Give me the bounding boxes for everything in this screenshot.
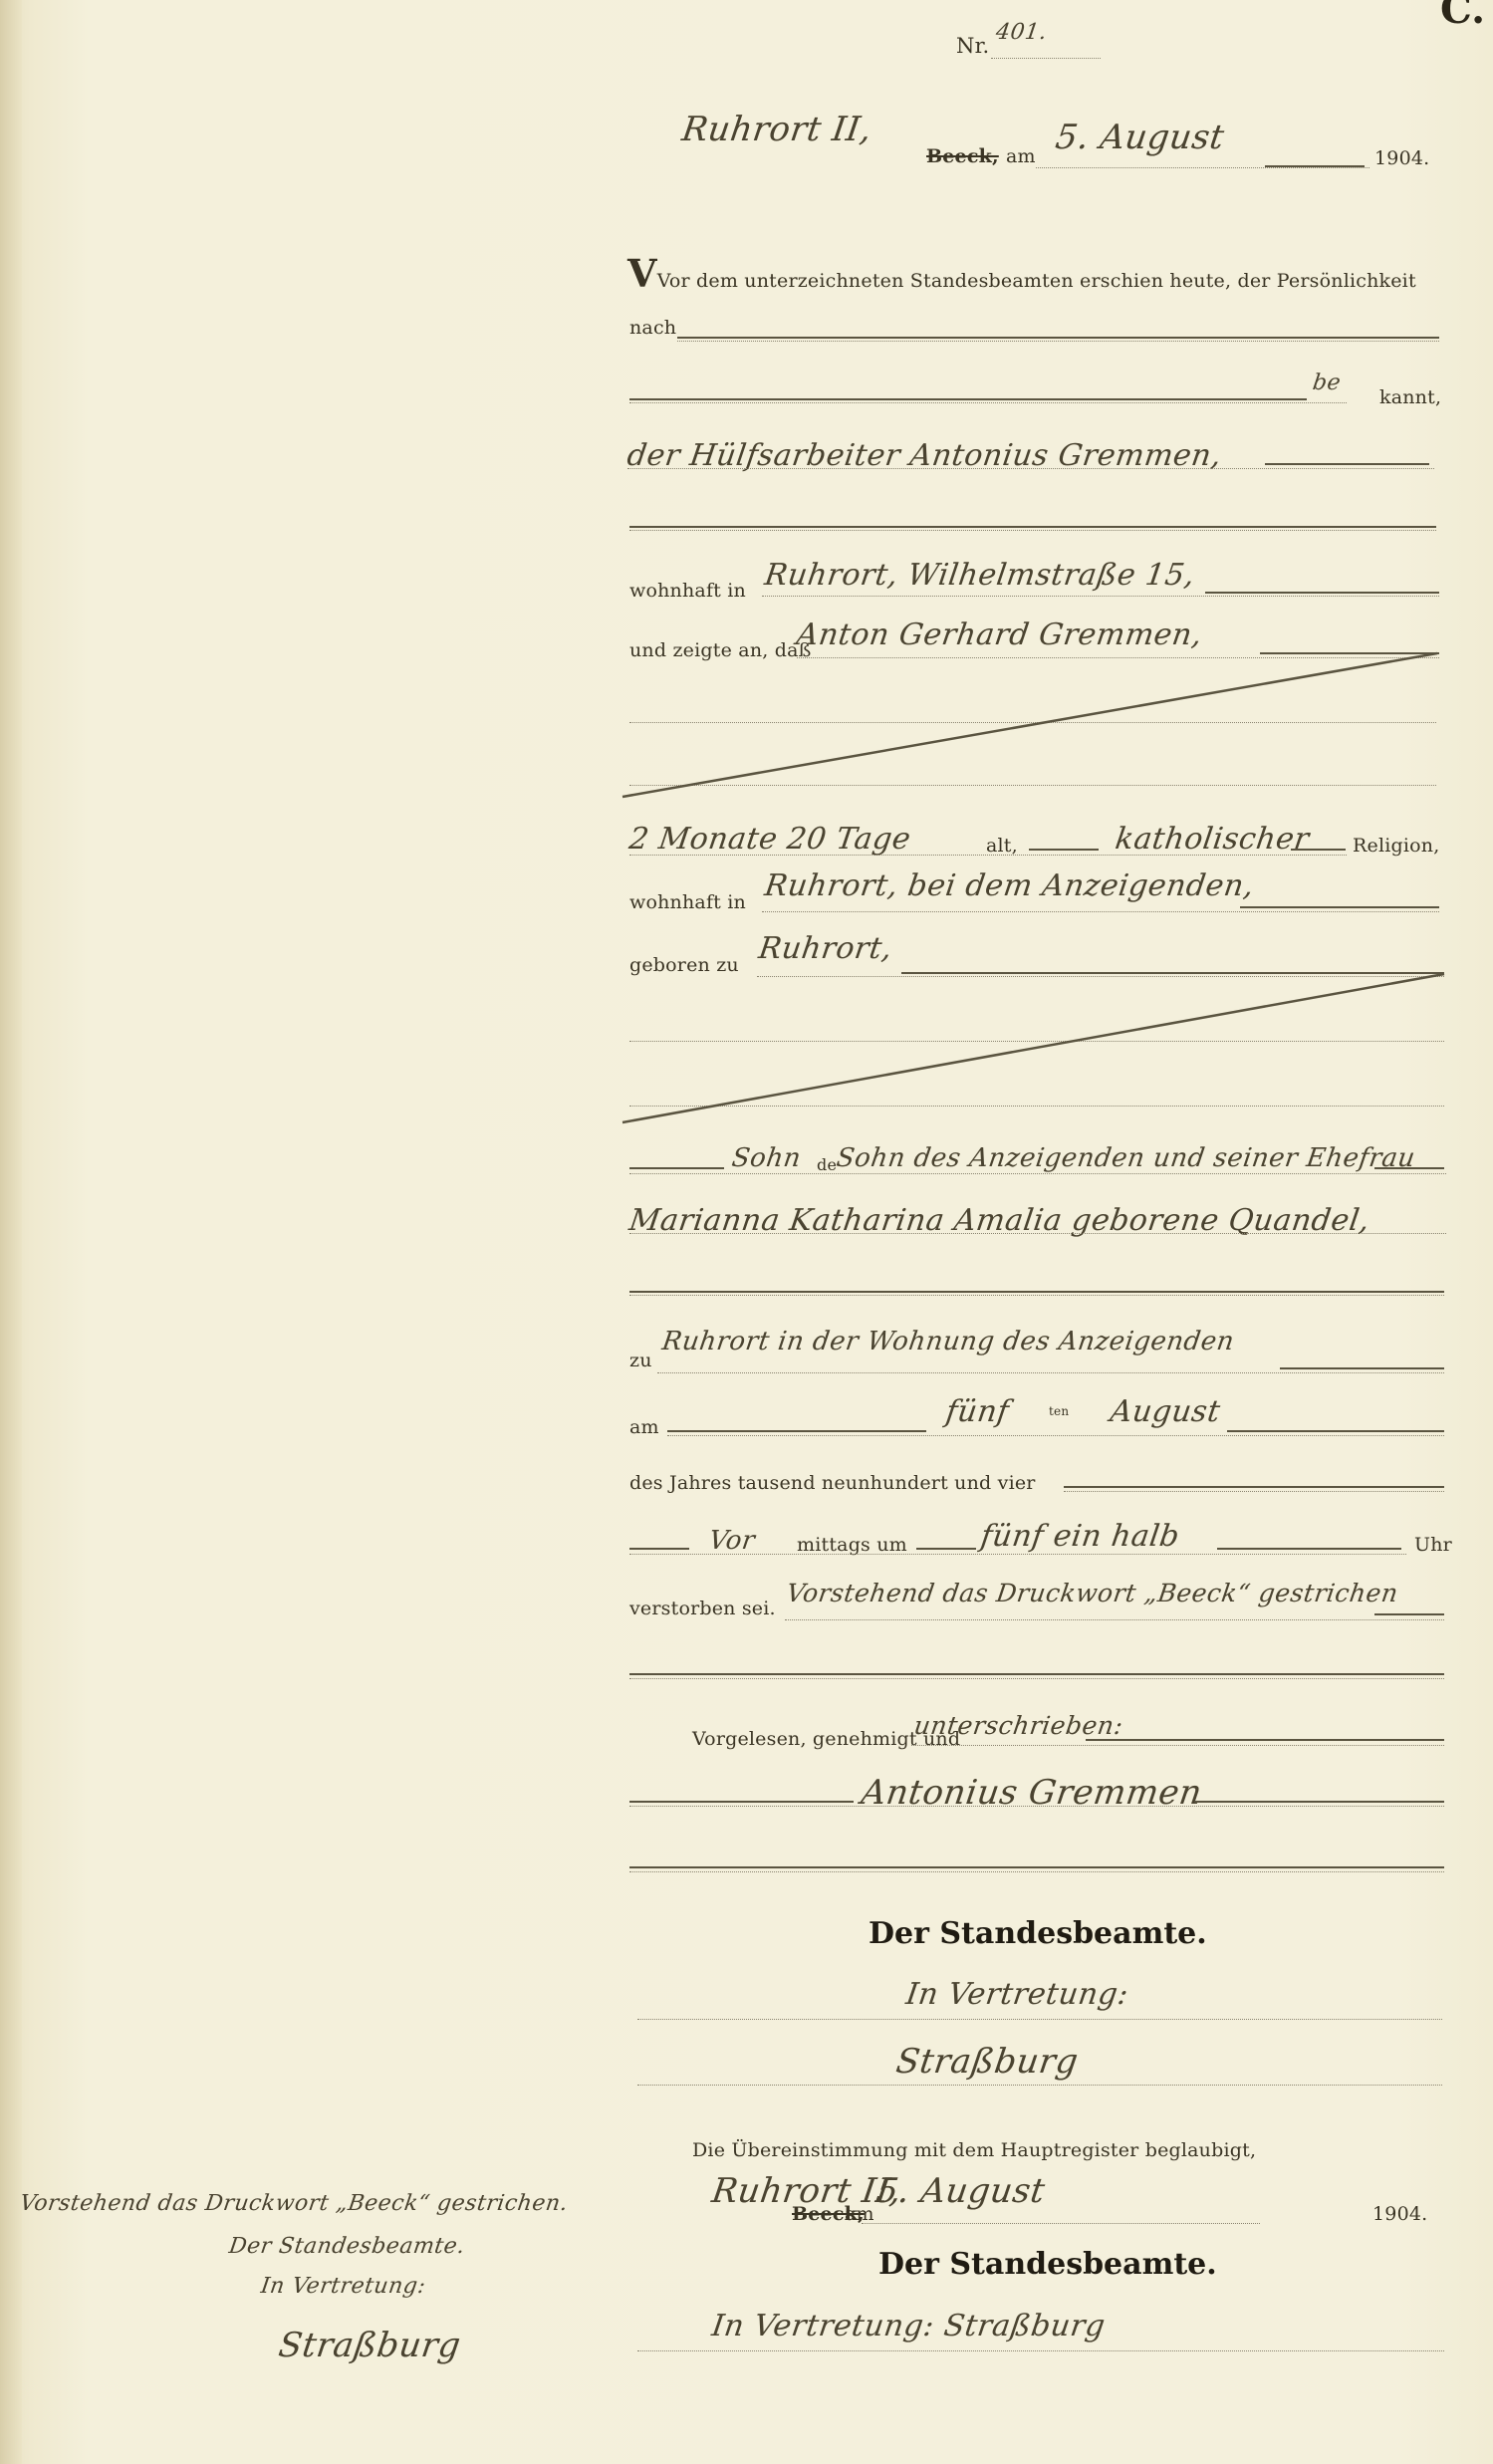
date-handwritten: 5. August	[1053, 118, 1227, 157]
religion-value: katholischer	[1114, 822, 1312, 857]
reported-name: Anton Gerhard Gremmen,	[795, 617, 1205, 652]
death-date-fill-right	[1227, 1430, 1444, 1432]
bekannt-fill-line	[629, 398, 1307, 400]
record-number: 401.	[994, 20, 1048, 45]
nach-fill-line	[677, 337, 1439, 339]
uhr-label: Uhr	[1414, 1534, 1452, 1556]
blank-rule-3	[629, 785, 1436, 786]
time-rule	[629, 1554, 1406, 1555]
certification-rule	[862, 2223, 1260, 2224]
date-fill-line	[1265, 165, 1365, 167]
read-approved-value: unterschrieben:	[912, 1711, 1125, 1740]
signature-fill-right	[1195, 1801, 1444, 1803]
informant-residence-label: wohnhaft in	[629, 580, 746, 602]
number-rule	[991, 58, 1101, 59]
date-rule	[1036, 167, 1369, 168]
religion-label: Religion,	[1353, 835, 1439, 857]
informant-fill-line	[1265, 463, 1429, 465]
place-handwritten: Ruhrort II,	[679, 110, 874, 149]
alt-fill	[1029, 849, 1099, 851]
blank-rule-5	[629, 1106, 1444, 1107]
margin-note-line-2: Der Standesbeamte.	[227, 2234, 466, 2259]
parents-rule-1	[629, 1173, 1446, 1174]
blank-fill-line-6	[629, 1291, 1444, 1293]
death-place-fill	[1280, 1367, 1444, 1369]
alt-label: alt,	[986, 835, 1018, 857]
age-rule	[629, 855, 1347, 856]
informant-residence-rule	[762, 596, 1439, 597]
signature-rule	[629, 1806, 1444, 1807]
document-page: C. Nr. 401. Ruhrort II, Beeck, am 5. Aug…	[0, 0, 1493, 2464]
time-fill-3	[1217, 1548, 1401, 1550]
death-date-rule	[667, 1435, 1444, 1436]
death-month: August	[1109, 1394, 1223, 1429]
registrar-rule-1	[637, 2019, 1442, 2020]
deceased-residence-value: Ruhrort, bei dem Anzeigenden,	[763, 868, 1257, 903]
blank-rule-6	[629, 1295, 1444, 1296]
blank-fill-line-8	[629, 1866, 1444, 1868]
verstorben-value: Vorstehend das Druckwort „Beeck“ gestric…	[785, 1579, 1400, 1607]
informant-signature: Antonius Gremmen	[859, 1773, 1204, 1813]
verstorben-label: verstorben sei.	[629, 1598, 776, 1619]
read-approved-fill	[1086, 1739, 1444, 1741]
reported-label: und zeigte an, daß	[629, 639, 812, 661]
am-label: am	[1006, 145, 1036, 167]
verstorben-fill	[1374, 1613, 1444, 1615]
struck-place: Beeck,	[926, 145, 999, 167]
registrar-rule-2	[637, 2085, 1442, 2086]
parents-rule-2	[629, 1233, 1446, 1234]
time-vor: Vor	[707, 1526, 757, 1556]
informant-residence-fill	[1205, 592, 1439, 594]
year-line-rule	[1064, 1491, 1444, 1492]
registrar-title-2: Der Standesbeamte.	[878, 2247, 1217, 2282]
nach-rule	[677, 341, 1439, 342]
verstorben-rule	[785, 1619, 1444, 1620]
nach-label: nach	[629, 317, 676, 339]
deceased-residence-fill	[1240, 906, 1439, 908]
registrar-signature: Straßburg	[893, 2042, 1081, 2082]
deceased-residence-label: wohnhaft in	[629, 891, 746, 913]
read-approved-rule	[911, 1745, 1444, 1746]
time-fill-2	[916, 1548, 976, 1550]
intro-line: Vor dem unterzeichneten Standesbeamten e…	[657, 270, 1416, 292]
corner-letter: C.	[1440, 0, 1485, 33]
margin-note-line-3: In Vertretung:	[259, 2274, 427, 2299]
certification-year: 1904.	[1372, 2203, 1427, 2225]
intro-text: VVor dem unterzeichneten Standesbeamten …	[627, 251, 1416, 296]
death-date-fill-left	[667, 1430, 926, 1432]
certification-text: Die Übereinstimmung mit dem Hauptregiste…	[692, 2139, 1256, 2161]
blank-rule-2	[629, 722, 1436, 723]
blank-rule-4	[629, 1041, 1444, 1042]
parents-fill-left	[629, 1167, 724, 1169]
birthplace-label: geboren zu	[629, 954, 739, 976]
birthplace-rule	[757, 976, 1444, 977]
death-place-value: Ruhrort in der Wohnung des Anzeigenden	[660, 1327, 1236, 1356]
time-fill-1	[629, 1548, 689, 1550]
blank-rule-1	[629, 530, 1436, 531]
blank-fill-line-1	[629, 526, 1436, 528]
bekannt-printed: kannt,	[1379, 386, 1441, 408]
bekannt-handwritten: be	[1311, 370, 1343, 395]
reported-rule	[797, 657, 1439, 658]
death-date-label: am	[629, 1416, 659, 1438]
age-value: 2 Monate 20 Tage	[627, 822, 913, 857]
parents-fill-right	[1374, 1167, 1444, 1169]
deceased-residence-rule	[762, 911, 1439, 912]
year-printed: 1904.	[1374, 147, 1429, 169]
margin-note-line-1: Vorstehend das Druckwort „Beeck“ gestric…	[18, 2191, 570, 2216]
blank-rule-7	[629, 1678, 1444, 1679]
death-place-label: zu	[629, 1350, 652, 1371]
dropcap: V	[627, 251, 657, 296]
parents-line-1: Sohn des Anzeigenden und seiner Ehefrau	[835, 1143, 1417, 1173]
registrar-vertretung: In Vertretung:	[904, 1977, 1131, 2012]
registrar-title: Der Standesbeamte.	[869, 1916, 1207, 1951]
blank-fill-line-7	[629, 1673, 1444, 1675]
death-place-rule	[657, 1372, 1444, 1373]
parents-sohn: Sohn	[730, 1143, 803, 1173]
year-line-fill	[1064, 1486, 1444, 1488]
certification-date: 5. August	[873, 2171, 1048, 2211]
registrar-rule-3	[637, 2350, 1444, 2351]
binding-gutter	[0, 0, 22, 2464]
mittags-label: mittags um	[797, 1534, 907, 1556]
religion-fill	[1291, 849, 1346, 851]
margin-note-signature: Straßburg	[276, 2326, 463, 2365]
number-label: Nr.	[956, 34, 989, 58]
informant-rule	[627, 468, 1434, 469]
reported-fill	[1260, 652, 1439, 654]
informant-residence-value: Ruhrort, Wilhelmstraße 15,	[763, 558, 1197, 593]
year-line: des Jahres tausend neunhundert und vier	[629, 1472, 1036, 1494]
certification-am: am	[845, 2203, 874, 2225]
signature-fill-left	[629, 1801, 854, 1803]
death-day-suffix: ten	[1049, 1404, 1069, 1418]
birthplace-value: Ruhrort,	[757, 931, 894, 966]
death-day: fünf	[944, 1394, 1012, 1429]
registrar-signature-2: In Vertretung: Straßburg	[710, 2309, 1108, 2343]
blank-rule-8	[629, 1871, 1444, 1872]
birthplace-fill	[901, 972, 1444, 974]
time-value: fünf ein halb	[979, 1519, 1182, 1554]
bekannt-rule	[629, 402, 1347, 403]
